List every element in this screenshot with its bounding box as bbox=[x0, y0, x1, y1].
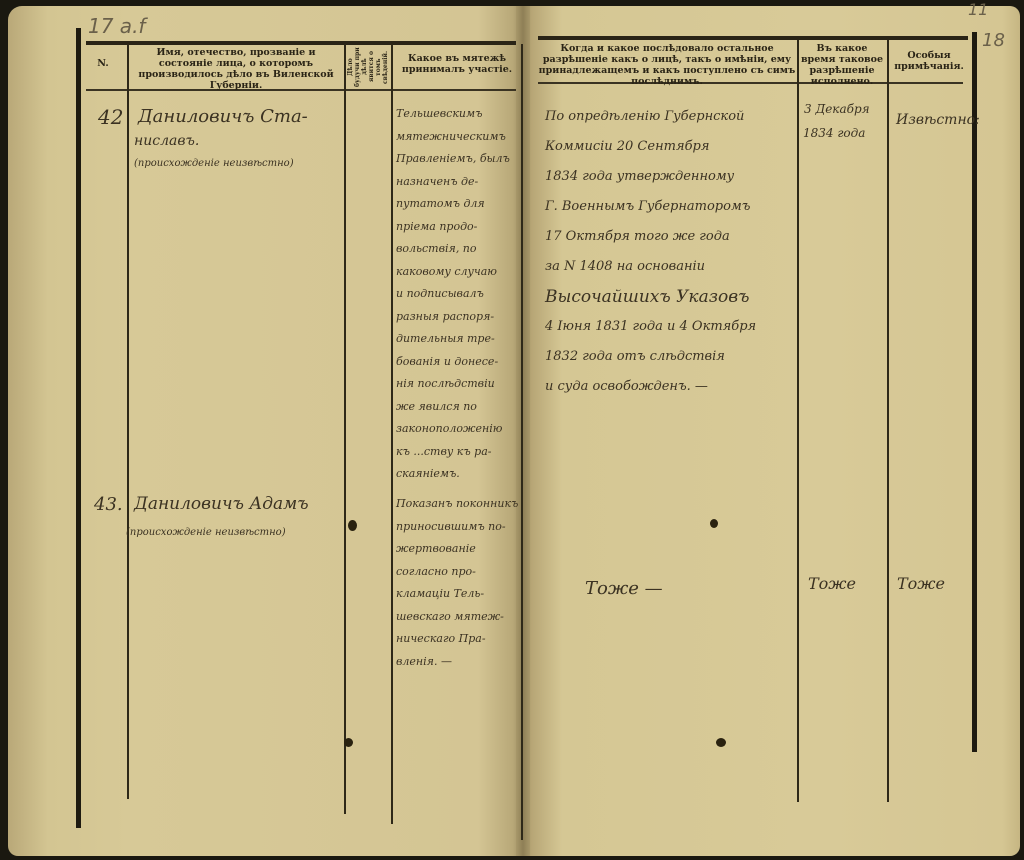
page-number-right-top: 11 bbox=[968, 0, 988, 19]
header-number: N. bbox=[80, 58, 126, 69]
header-participation: Какое въ мятежѣ принималъ участiе. bbox=[394, 53, 520, 75]
entry-42-executed-line-2: 1834 года bbox=[803, 126, 865, 140]
col-rule-6 bbox=[887, 40, 889, 802]
header-top-rule-left bbox=[86, 41, 516, 45]
page-number-right-margin: 18 bbox=[982, 30, 1005, 51]
header-name: Имя, отечество, прозванiе и состоянiе ли… bbox=[130, 47, 342, 91]
entry-42-executed-line-1: 3 Декабря bbox=[804, 102, 870, 116]
header-resolution: Когда и какое послѣдовало остальное разр… bbox=[538, 43, 796, 87]
entry-42-name-line-1: Даниловичъ Ста- bbox=[138, 106, 308, 127]
col-rule-2 bbox=[344, 44, 346, 814]
ink-blot bbox=[348, 520, 357, 531]
entry-42-notes: Извѣстно: bbox=[896, 112, 980, 128]
binding-hole bbox=[344, 738, 353, 747]
page-number-left: 17 a.f bbox=[88, 14, 145, 38]
left-border-rule bbox=[76, 28, 81, 828]
header-rotated: Дѣло будучи при дѣлѣ явится о томъ свѣде… bbox=[347, 46, 389, 88]
entry-43-participation: Показанъ поконникъ приносившимъ по- жерт… bbox=[396, 493, 520, 673]
entry-42-number: 42 bbox=[98, 105, 123, 129]
entry-42-participation: Тельшевскимъ мятежническимъ Правленiемъ,… bbox=[396, 103, 520, 486]
col-rule-5 bbox=[797, 40, 799, 802]
entry-43-executed: Тоже bbox=[808, 574, 856, 593]
col-rule-3 bbox=[391, 44, 393, 824]
entry-42-resolution: По опредѣленiю Губернской Коммисiи 20 Се… bbox=[545, 102, 795, 402]
entry-43-resolution: Тоже — bbox=[585, 578, 663, 599]
binding-hole bbox=[716, 738, 726, 747]
header-notes: Особыя примѣчанiя. bbox=[889, 50, 969, 72]
binding-hole bbox=[710, 519, 718, 528]
col-rule-4 bbox=[521, 44, 523, 840]
entry-42-origin: (происхожденiе неизвѣстно) bbox=[134, 158, 294, 169]
header-top-rule-right bbox=[538, 36, 968, 40]
entry-42-name-line-2: ниславъ. bbox=[134, 133, 199, 149]
entry-43-notes: Тоже bbox=[897, 574, 945, 593]
header-executed: Въ какое время таковое разрѣшенiе исполн… bbox=[799, 43, 885, 87]
entry-43-name: Даниловичъ Адамъ bbox=[134, 494, 309, 514]
col-rule-1 bbox=[127, 44, 129, 799]
entry-43-number: 43. bbox=[94, 494, 123, 515]
right-border-rule bbox=[972, 32, 977, 752]
entry-43-origin: (происхожденiе неизвѣстно) bbox=[126, 527, 286, 538]
